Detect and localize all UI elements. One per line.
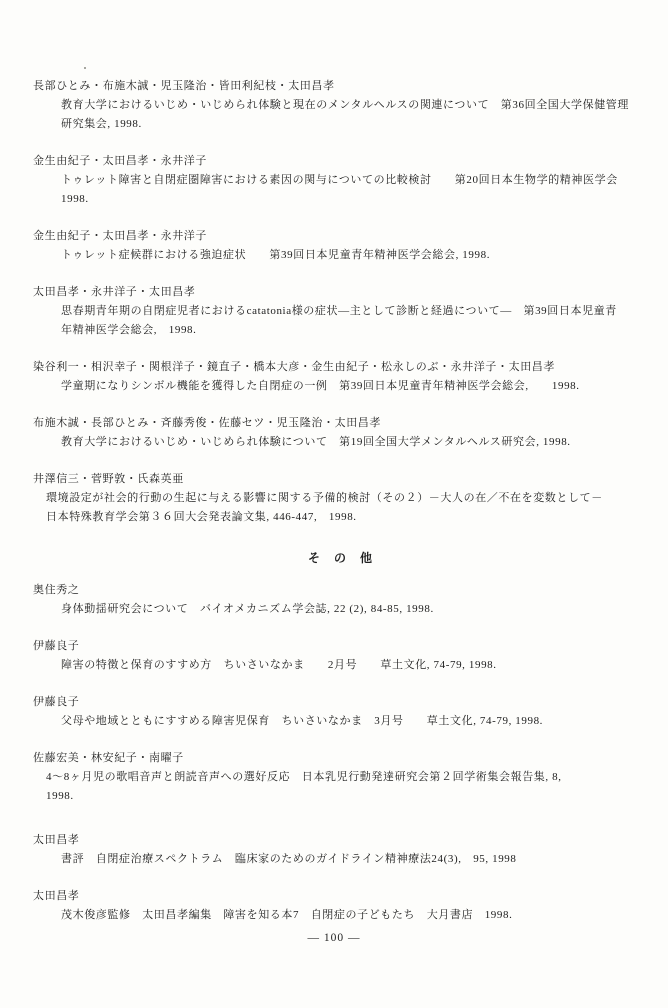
reference-entry: 染谷利一・相沢幸子・関根洋子・鏡直子・橋本大彦・金生由紀子・松永しのぶ・永井洋子…: [33, 358, 648, 396]
authors-line: 佐藤宏美・林安紀子・南曜子: [33, 749, 648, 768]
authors-line: 井澤信三・菅野敦・氏森英亜: [33, 470, 648, 489]
reference-line: 年精神医学会総会, 1998.: [33, 321, 648, 340]
reference-entry: 太田昌孝・永井洋子・太田昌孝 思春期青年期の自閉症児者におけるcatatonia…: [33, 283, 648, 340]
section-header: そ の 他: [33, 549, 648, 568]
reference-line: 思春期青年期の自閉症児者におけるcatatonia様の症状―主として診断と経過に…: [33, 302, 648, 321]
reference-line: 4～8ヶ月児の歌唱音声と朗読音声への選好反応 日本乳児行動発達研究会第２回学術集…: [33, 768, 648, 787]
reference-line: 書評 自閉症治療スペクトラム 臨床家のためのガイドライン精神療法24(3), 9…: [33, 850, 648, 869]
reference-line: 茂木俊彦監修 太田昌孝編集 障害を知る本7 自閉症の子どもたち 大月書店 199…: [33, 906, 648, 925]
reference-line: 日本特殊教育学会第３６回大会発表論文集, 446-447, 1998.: [33, 508, 648, 527]
reference-line: 教育大学におけるいじめ・いじめられ体験について 第19回全国大学メンタルヘルス研…: [33, 433, 648, 452]
reference-entry: 太田昌孝 茂木俊彦監修 太田昌孝編集 障害を知る本7 自閉症の子どもたち 大月書…: [33, 887, 648, 925]
reference-line: 父母や地域とともにすすめる障害児保育 ちいさいなかま 3月号 草土文化, 74-…: [33, 712, 648, 731]
reference-line: トゥレット障害と自閉症圏障害における素因の関与についての比較検討 第20回日本生…: [33, 171, 648, 190]
authors-line: 染谷利一・相沢幸子・関根洋子・鏡直子・橋本大彦・金生由紀子・松永しのぶ・永井洋子…: [33, 358, 648, 377]
reference-entry: 布施木誠・長部ひとみ・斉藤秀俊・佐藤セツ・児玉隆治・太田昌孝 教育大学におけるい…: [33, 414, 648, 452]
reference-line: 1998.: [33, 190, 648, 209]
reference-entry: 奥住秀之 身体動揺研究会について バイオメカニズム学会誌, 22 (2), 84…: [33, 581, 648, 619]
reference-entry: 伊藤良子 父母や地域とともにすすめる障害児保育 ちいさいなかま 3月号 草土文化…: [33, 693, 648, 731]
reference-entry: 佐藤宏美・林安紀子・南曜子 4～8ヶ月児の歌唱音声と朗読音声への選好反応 日本乳…: [33, 749, 648, 806]
authors-line: 奥住秀之: [33, 581, 648, 600]
authors-line: 金生由紀子・太田昌孝・永井洋子: [33, 152, 648, 171]
document-page: 長部ひとみ・布施木誠・児玉隆治・皆田利紀枝・太田昌孝 教育大学におけるいじめ・い…: [0, 0, 668, 1008]
reference-line: 身体動揺研究会について バイオメカニズム学会誌, 22 (2), 84-85, …: [33, 600, 648, 619]
authors-line: 布施木誠・長部ひとみ・斉藤秀俊・佐藤セツ・児玉隆治・太田昌孝: [33, 414, 648, 433]
page-number: ― 100 ―: [0, 929, 668, 948]
reference-entry: 伊藤良子 障害の特徴と保育のすすめ方 ちいさいなかま 2月号 草土文化, 74-…: [33, 637, 648, 675]
reference-entry: 金生由紀子・太田昌孝・永井洋子 トゥレット症候群における強迫症状 第39回日本児…: [33, 227, 648, 265]
reference-entry: 金生由紀子・太田昌孝・永井洋子 トゥレット障害と自閉症圏障害における素因の関与に…: [33, 152, 648, 209]
authors-line: 太田昌孝: [33, 831, 648, 850]
reference-line: トゥレット症候群における強迫症状 第39回日本児童青年精神医学会総会, 1998…: [33, 246, 648, 265]
reference-line: 1998.: [33, 787, 648, 806]
reference-line: 障害の特徴と保育のすすめ方 ちいさいなかま 2月号 草土文化, 74-79, 1…: [33, 656, 648, 675]
authors-line: 太田昌孝・永井洋子・太田昌孝: [33, 283, 648, 302]
authors-line: 伊藤良子: [33, 637, 648, 656]
authors-line: 金生由紀子・太田昌孝・永井洋子: [33, 227, 648, 246]
reference-entry: 長部ひとみ・布施木誠・児玉隆治・皆田利紀枝・太田昌孝 教育大学におけるいじめ・い…: [33, 77, 648, 134]
scan-speck: [335, 100, 337, 102]
authors-line: 伊藤良子: [33, 693, 648, 712]
authors-line: 長部ひとみ・布施木誠・児玉隆治・皆田利紀枝・太田昌孝: [33, 77, 648, 96]
reference-line: 環境設定が社会的行動の生起に与える影響に関する予備的検討（その２）－大人の在／不…: [33, 489, 648, 508]
reference-line: 教育大学におけるいじめ・いじめられ体験と現在のメンタルヘルスの関連について 第3…: [33, 96, 648, 115]
scan-speck: [84, 67, 86, 69]
reference-line: 研究集会, 1998.: [33, 115, 648, 134]
reference-line: 学童期になりシンボル機能を獲得した自閉症の一例 第39回日本児童青年精神医学会総…: [33, 377, 648, 396]
reference-entry: 太田昌孝 書評 自閉症治療スペクトラム 臨床家のためのガイドライン精神療法24(…: [33, 831, 648, 869]
authors-line: 太田昌孝: [33, 887, 648, 906]
reference-entry: 井澤信三・菅野敦・氏森英亜 環境設定が社会的行動の生起に与える影響に関する予備的…: [33, 470, 648, 527]
